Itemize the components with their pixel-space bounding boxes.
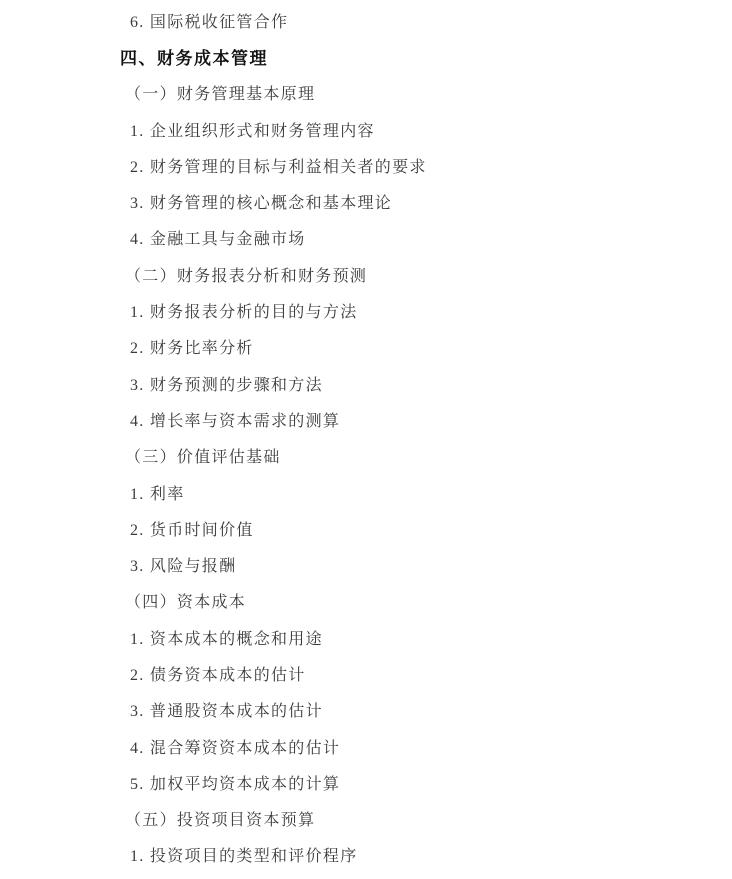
- outline-item: 1. 企业组织形式和财务管理内容: [0, 111, 732, 147]
- outline-item: 1. 投资项目的类型和评价程序: [0, 837, 732, 873]
- outline-item: 3. 财务预测的步骤和方法: [0, 365, 732, 401]
- outline-item: 2. 财务比率分析: [0, 329, 732, 365]
- section-heading: （四）资本成本: [0, 583, 732, 619]
- outline-item: 4. 增长率与资本需求的测算: [0, 401, 732, 437]
- outline-item: 4. 金融工具与金融市场: [0, 220, 732, 256]
- outline-item: 3. 财务管理的核心概念和基本理论: [0, 183, 732, 219]
- section-heading: （二）财务报表分析和财务预测: [0, 256, 732, 292]
- outline-item: 1. 资本成本的概念和用途: [0, 619, 732, 655]
- outline-item: 3. 普通股资本成本的估计: [0, 692, 732, 728]
- document-page: 6. 国际税收征管合作四、财务成本管理（一）财务管理基本原理1. 企业组织形式和…: [0, 0, 732, 879]
- outline-item: 2. 债务资本成本的估计: [0, 655, 732, 691]
- outline-item: 1. 财务报表分析的目的与方法: [0, 292, 732, 328]
- section-heading: （五）投资项目资本预算: [0, 801, 732, 837]
- section-heading: （一）财务管理基本原理: [0, 75, 732, 111]
- outline-item: 2. 财务管理的目标与利益相关者的要求: [0, 147, 732, 183]
- outline-item: 2. 货币时间价值: [0, 510, 732, 546]
- outline-item: 6. 国际税收征管合作: [0, 2, 732, 38]
- outline-item: 4. 混合筹资资本成本的估计: [0, 728, 732, 764]
- outline-item: 3. 风险与报酬: [0, 546, 732, 582]
- outline-item: 5. 加权平均资本成本的计算: [0, 764, 732, 800]
- document-body: 6. 国际税收征管合作四、财务成本管理（一）财务管理基本原理1. 企业组织形式和…: [0, 0, 732, 873]
- section-heading: （三）价值评估基础: [0, 438, 732, 474]
- chapter-heading: 四、财务成本管理: [0, 38, 732, 74]
- outline-item: 1. 利率: [0, 474, 732, 510]
